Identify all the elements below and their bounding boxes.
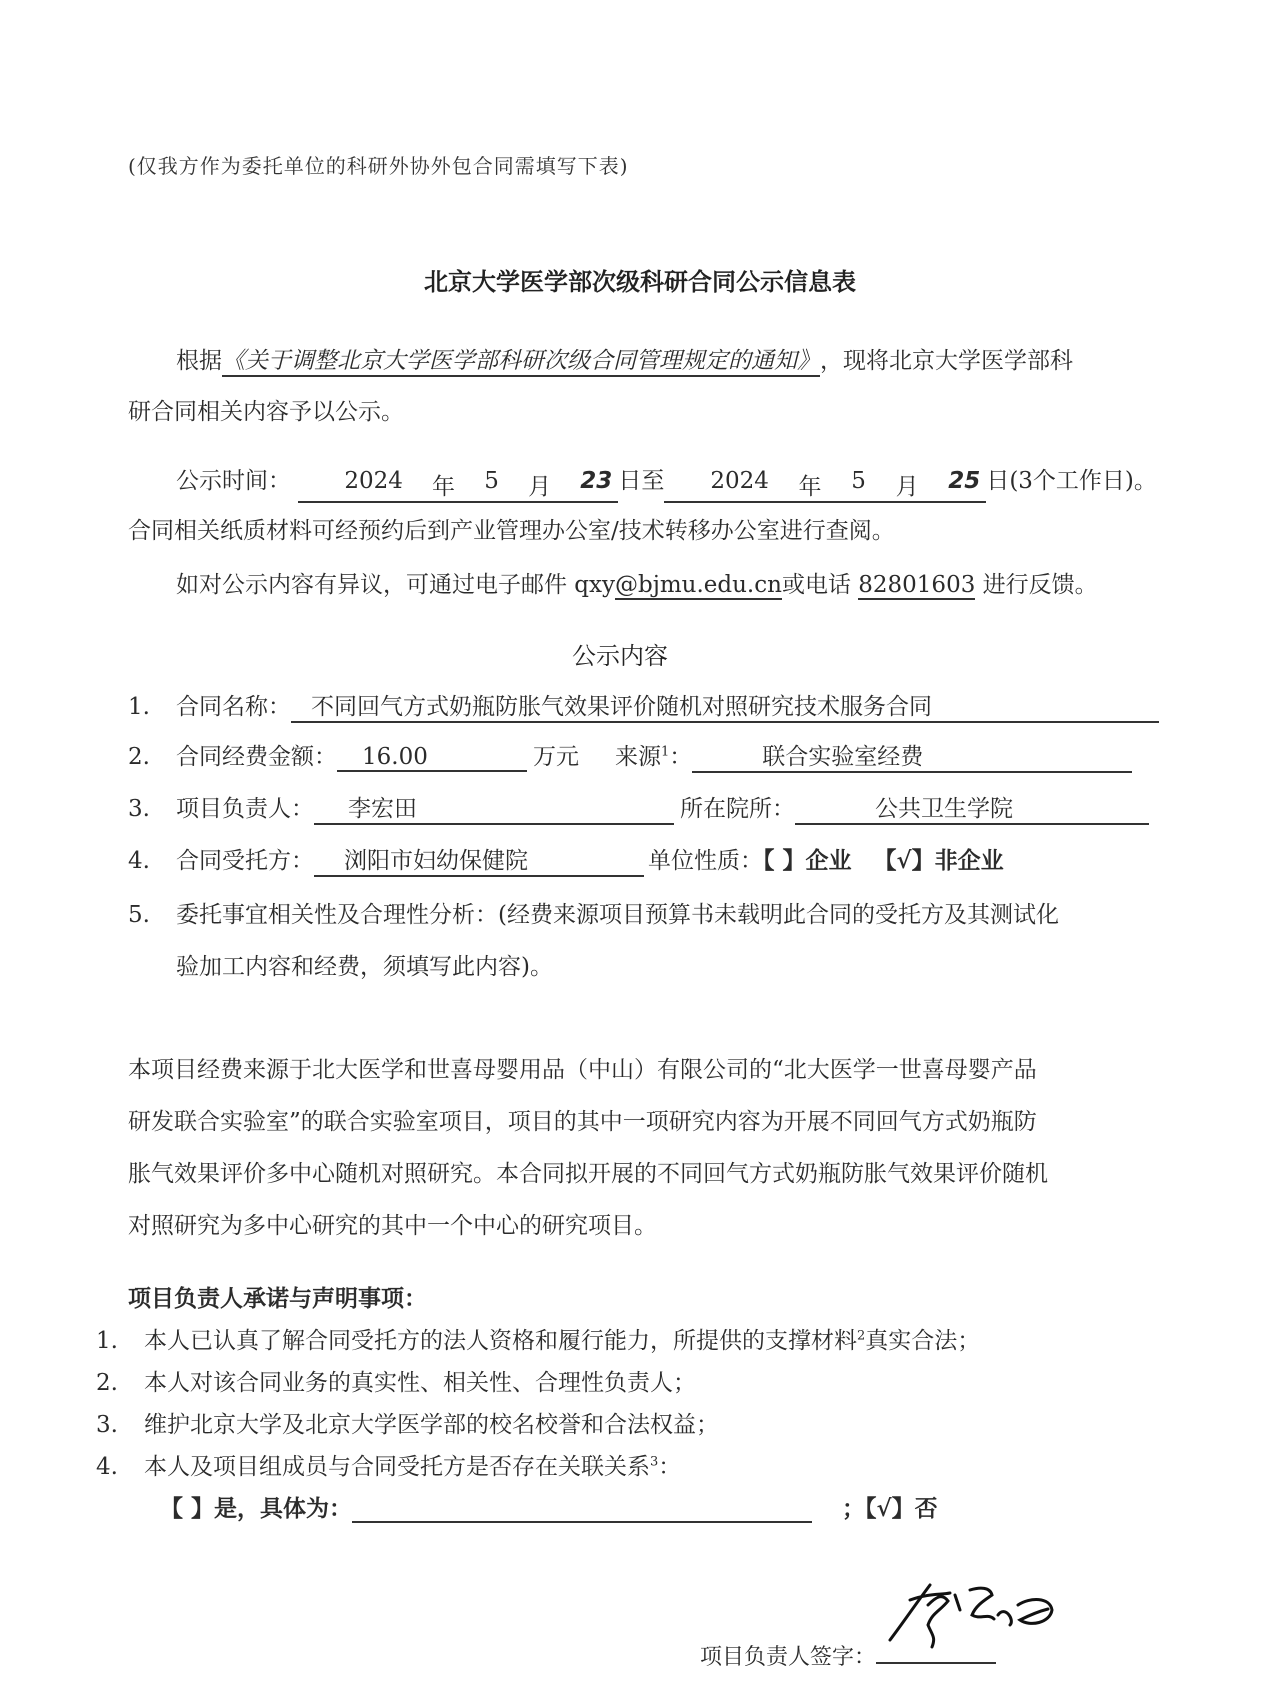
feedback-line: 如对公示内容有异议，可通过电子邮件 qxy@bjmu.edu.cn 或电话 82… [176,566,1098,600]
commitment-item: 2.本人对该合同业务的真实性、相关性、合理性负责人； [96,1364,696,1397]
commitment-text: 本人对该合同业务的真实性、相关性、合理性负责人； [144,1370,696,1396]
leader-value: 李宏田 [314,790,674,825]
publicity-label: 公示时间： [176,468,291,494]
commitment-item: 1.本人已认真了解合同受托方的法人资格和履行能力，所提供的支撑材料2真实合法； [96,1322,980,1355]
feedback-middle: 或电话 [782,572,858,598]
analysis-instruction: 委托事宜相关性及合理性分析：(经费来源项目预算书未载明此合同的受托方及其测试化 [176,902,1059,928]
amount-unit: 万元 [533,744,579,770]
intro-line-2: 研合同相关内容予以公示。 [128,393,404,426]
commitment-text-end: 真实合法； [865,1328,980,1354]
dept-label: 所在院所： [680,796,795,822]
regulation-link[interactable]: 《关于调整北京大学医学部科研次级合同管理规定的通知》 [222,342,820,377]
to-label: 至 [641,468,664,494]
trustee-label: 合同受托方： [176,848,314,874]
amount-label: 合同经费金额： [176,744,337,770]
colon: ： [669,744,692,770]
contract-name-value: 不同回气方式奶瓶防胀气效果评价随机对照研究技术服务合同 [291,688,1159,723]
commitment-text: 本人已认真了解合同受托方的法人资格和履行能力，所提供的支撑材料 [144,1328,857,1354]
item-number: 3. [96,1412,144,1438]
feedback-prefix: 如对公示内容有异议，可通过电子邮件 qxy [176,572,615,598]
item-number: 2. [128,744,176,770]
handwritten-signature [880,1575,1060,1659]
relation-options: 【 】是，具体为：；【√】否 [160,1490,938,1523]
item-number: 5. [128,902,176,928]
analysis-body-line: 胀气效果评价多中心随机对照研究。本合同拟开展的不同回气方式奶瓶防胀气效果评价随机 [128,1148,1048,1200]
commitment-text: 本人及项目组成员与合同受托方是否存在关联关系 [144,1454,650,1480]
item-number: 2. [96,1370,144,1396]
contract-name-label: 合同名称： [176,694,291,720]
amount-value: 16.00 [337,744,527,772]
feedback-phone[interactable]: 82801603 [858,572,975,600]
item-number: 1. [96,1328,144,1354]
commitment-text-end: ： [658,1454,681,1480]
option-non-enterprise-checkbox[interactable]: 【√】非企业 [874,847,1004,874]
end-year: 2024 [710,468,769,501]
item-contract-name: 1.合同名称：不同回气方式奶瓶防胀气效果评价随机对照研究技术服务合同 [128,688,1159,723]
intro-suffix: ，现将北京大学医学部科 [820,348,1073,374]
item-trustee: 4.合同受托方：浏阳市妇幼保健院单位性质：【 】企业【√】非企业 [128,842,1004,877]
commitment-item: 4.本人及项目组成员与合同受托方是否存在关联关系3： [96,1448,681,1481]
leader-label: 项目负责人： [176,796,314,822]
feedback-email[interactable]: @bjmu.edu.cn [615,572,782,600]
start-date-field: 2024 年 5 月 23 [298,468,618,503]
item-number: 4. [128,848,176,874]
paper-materials-note: 合同相关纸质材料可经预约后到产业管理办公室/技术转移办公室进行查阅。 [128,512,895,545]
analysis-body-line: 研发联合实验室”的联合实验室项目，项目的其中一项研究内容为开展不同回气方式奶瓶防 [128,1096,1048,1148]
month-unit: 月 [896,468,919,501]
end-date-field: 2024 年 5 月 25 [664,468,986,503]
trustee-value: 浏阳市妇幼保健院 [314,842,644,877]
analysis-body-line: 对照研究为多中心研究的其中一个中心的研究项目。 [128,1200,1048,1252]
start-year: 2024 [344,468,403,501]
content-section-title: 公示内容 [0,636,1240,671]
day-unit: 日 [986,468,1009,494]
commitment-item: 3.维护北京大学及北京大学医学部的校名校誉和合法权益； [96,1406,719,1439]
item-analysis-line-1: 5.委托事宜相关性及合理性分析：(经费来源项目预算书未载明此合同的受托方及其测试… [128,896,1059,929]
option-enterprise-checkbox[interactable]: 【 】企业 [763,847,852,874]
day-unit: 日 [618,468,641,494]
item-analysis-line-2: 验加工内容和经费，须填写此内容)。 [176,948,553,981]
start-month: 5 [484,468,499,501]
start-day-handwritten: 23 [580,468,612,501]
header-note: (仅我方作为委托单位的科研外协外包合同需填写下表) [128,150,629,179]
year-unit: 年 [799,468,822,501]
source-label: 来源 [615,744,661,770]
analysis-body: 本项目经费来源于北大医学和世喜母婴用品（中山）有限公司的“北大医学一世喜母婴产品… [128,1044,1048,1252]
relation-no-checkbox[interactable]: ；【√】否 [842,1495,938,1522]
intro-prefix: 根据 [176,348,222,374]
relation-detail-field[interactable] [352,1495,812,1523]
dept-value: 公共卫生学院 [795,790,1149,825]
item-number: 3. [128,796,176,822]
year-unit: 年 [432,468,455,501]
commitments-title: 项目负责人承诺与声明事项： [128,1280,427,1313]
item-amount: 2.合同经费金额：16.00万元来源1：联合实验室经费 [128,738,1132,773]
item-number: 4. [96,1454,144,1480]
signature-line [876,1662,996,1664]
page-title: 北京大学医学部次级科研合同公示信息表 [0,262,1280,297]
item-number: 1. [128,694,176,720]
source-value: 联合实验室经费 [692,738,1132,773]
publicity-period: 公示时间： 2024 年 5 月 23 日至 2024 年 5 月 25 日(3… [176,462,1157,503]
nature-label: 单位性质： [648,848,763,874]
feedback-suffix: 进行反馈。 [975,572,1097,598]
end-month: 5 [851,468,866,501]
analysis-body-line: 本项目经费来源于北大医学和世喜母婴用品（中山）有限公司的“北大医学一世喜母婴产品 [128,1044,1048,1096]
signature-label: 项目负责人签字： [700,1645,876,1670]
month-unit: 月 [528,468,551,501]
commitment-text: 维护北京大学及北京大学医学部的校名校誉和合法权益； [144,1412,719,1438]
duration-note: (3个工作日)。 [1009,468,1157,494]
relation-yes-checkbox[interactable]: 【 】是，具体为： [160,1495,352,1522]
end-day-handwritten: 25 [948,468,980,501]
intro-line-1: 根据《关于调整北京大学医学部科研次级合同管理规定的通知》，现将北京大学医学部科 [176,342,1073,377]
signature-icon [880,1575,1060,1655]
item-leader: 3.项目负责人：李宏田所在院所：公共卫生学院 [128,790,1149,825]
